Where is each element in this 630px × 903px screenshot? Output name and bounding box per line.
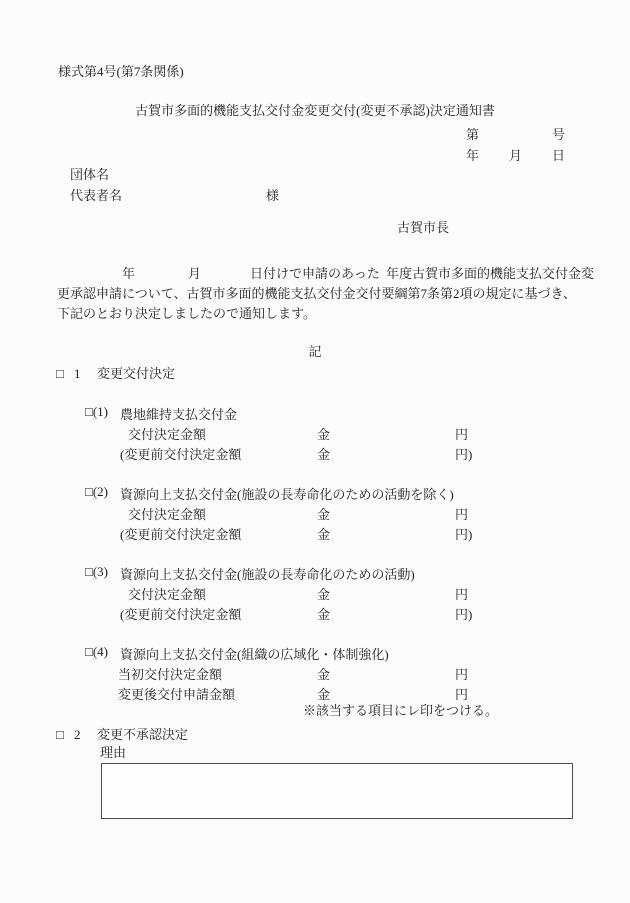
honorific-label: 様 bbox=[266, 188, 279, 203]
item-1-row-2: (変更前交付決定金額 金 円) bbox=[0, 444, 630, 460]
checkbox-section-2[interactable]: □ bbox=[56, 727, 64, 742]
row-label: (変更前交付決定金額 bbox=[120, 444, 241, 463]
item-4-row-1: 当初交付決定金額 金 円 bbox=[0, 664, 630, 680]
item-3-title: 資源向上支払交付金(施設の長寿命化のための活動) bbox=[120, 564, 415, 583]
checkbox-section-1[interactable]: □ bbox=[56, 366, 64, 381]
row-label: 交付決定金額 bbox=[128, 504, 206, 523]
row-label: 当初交付決定金額 bbox=[118, 664, 222, 683]
currency-label: 金 bbox=[317, 584, 330, 603]
item-1-row-1: 交付決定金額 金 円 bbox=[0, 424, 630, 440]
doc-number-prefix: 第 bbox=[466, 127, 479, 142]
currency-label: 金 bbox=[317, 504, 330, 523]
section-2-label: 変更不承認決定 bbox=[97, 727, 188, 742]
item-4-title: 資源向上支払交付金(組織の広域化・体制強化) bbox=[120, 644, 389, 663]
reason-input-box[interactable] bbox=[101, 763, 573, 819]
yen-label: 円 bbox=[455, 664, 468, 683]
date-year-label: 年 bbox=[466, 148, 479, 163]
representative-name-label: 代表者名 bbox=[70, 188, 122, 203]
grant-item-1: □(1) 農地維持支払交付金 交付決定金額 金 円 (変更前交付決定金額 金 円… bbox=[0, 404, 630, 466]
row-label: 変更後交付申請金額 bbox=[118, 684, 235, 703]
section-1-number: 1 bbox=[74, 366, 81, 381]
checkbox-item-4[interactable]: □(4) bbox=[85, 644, 108, 660]
row-label: (変更前交付決定金額 bbox=[120, 604, 241, 623]
yen-label: 円) bbox=[455, 444, 472, 463]
item-2-title: 資源向上支払交付金(施設の長寿命化のための活動を除く) bbox=[120, 484, 454, 503]
item-3-row-2: (変更前交付決定金額 金 円) bbox=[0, 604, 630, 620]
grant-item-3: □(3) 資源向上支払交付金(施設の長寿命化のための活動) 交付決定金額 金 円… bbox=[0, 564, 630, 626]
checkbox-item-3[interactable]: □(3) bbox=[85, 564, 108, 580]
doc-number-suffix: 号 bbox=[552, 127, 565, 142]
item-2-row-2: (変更前交付決定金額 金 円) bbox=[0, 524, 630, 540]
record-mark: 記 bbox=[0, 344, 630, 359]
body-line1-text: 日付けで申請のあった bbox=[250, 266, 380, 281]
checkmark-note: ※該当する項目にレ印をつける。 bbox=[303, 703, 498, 718]
document-page: 様式第4号(第7条関係) 古賀市多面的機能支払交付金変更交付(変更不承認)決定通… bbox=[0, 0, 630, 903]
yen-label: 円) bbox=[455, 604, 472, 623]
currency-label: 金 bbox=[317, 664, 330, 683]
body-year-label: 年 bbox=[122, 266, 135, 281]
yen-label: 円 bbox=[455, 504, 468, 523]
grant-item-2: □(2) 資源向上支払交付金(施設の長寿命化のための活動を除く) 交付決定金額 … bbox=[0, 484, 630, 546]
item-3-row-1: 交付決定金額 金 円 bbox=[0, 584, 630, 600]
sender-mayor-label: 古賀市長 bbox=[397, 220, 449, 235]
yen-label: 円) bbox=[455, 524, 472, 543]
currency-label: 金 bbox=[317, 444, 330, 463]
item-1-title: 農地維持支払交付金 bbox=[120, 404, 237, 423]
body-line1-text2: 年度古賀市多面的機能支払交付金変 bbox=[386, 266, 594, 281]
row-label: (変更前交付決定金額 bbox=[120, 524, 241, 543]
checkbox-item-1[interactable]: □(1) bbox=[85, 404, 108, 420]
page-title: 古賀市多面的機能支払交付金変更交付(変更不承認)決定通知書 bbox=[0, 103, 630, 118]
body-line2: 更承認申請について、古賀市多面的機能支払交付金交付要綱第7条第2項の規定に基づき… bbox=[57, 286, 576, 301]
reason-label: 理由 bbox=[100, 745, 126, 760]
form-number: 様式第4号(第7条関係) bbox=[58, 64, 184, 79]
checkbox-item-2[interactable]: □(2) bbox=[85, 484, 108, 500]
row-label: 交付決定金額 bbox=[128, 584, 206, 603]
grant-item-4: □(4) 資源向上支払交付金(組織の広域化・体制強化) 当初交付決定金額 金 円… bbox=[0, 644, 630, 706]
organization-name-label: 団体名 bbox=[70, 167, 109, 182]
item-2-row-1: 交付決定金額 金 円 bbox=[0, 504, 630, 520]
date-day-label: 日 bbox=[552, 148, 565, 163]
section-1-label: 変更交付決定 bbox=[97, 366, 175, 381]
section-2-number: 2 bbox=[74, 727, 81, 742]
yen-label: 円 bbox=[455, 584, 468, 603]
body-month-label: 月 bbox=[188, 266, 201, 281]
yen-label: 円 bbox=[455, 424, 468, 443]
currency-label: 金 bbox=[317, 604, 330, 623]
body-line3: 下記のとおり決定しましたので通知します。 bbox=[57, 306, 316, 321]
currency-label: 金 bbox=[317, 684, 330, 703]
row-label: 交付決定金額 bbox=[128, 424, 206, 443]
currency-label: 金 bbox=[317, 524, 330, 543]
item-4-row-2: 変更後交付申請金額 金 円 bbox=[0, 684, 630, 700]
currency-label: 金 bbox=[317, 424, 330, 443]
date-month-label: 月 bbox=[509, 148, 522, 163]
yen-label: 円 bbox=[455, 684, 468, 703]
